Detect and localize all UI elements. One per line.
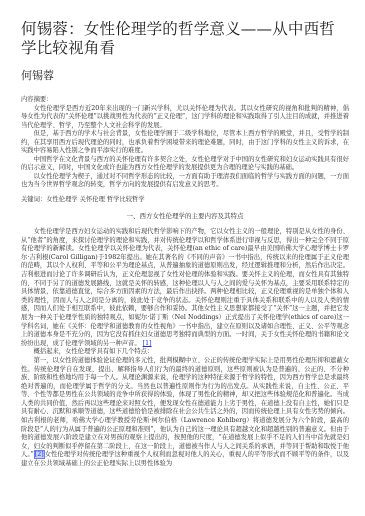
body-paragraph: 概括起来，女性伦理学具有如下几个特点： xyxy=(21,348,349,357)
abstract-paragraph: 中国哲学在文化背景与西方的关怀伦理有许多契合之处，女性伦理学对于中国的女性研究和… xyxy=(21,156,349,173)
abstract-section: 内容摘要： 女性伦理学是西方近20年来出现的一门新兴学科，尤以关怀伦理为代表。其… xyxy=(21,96,349,190)
section-heading: 一、西方女性伦理学的主要内容及其特点 xyxy=(21,212,349,221)
abstract-label: 内容摘要： xyxy=(21,96,349,105)
keywords-line: 关键词：女性伦理学 关怀伦理 哲学比较哲学 xyxy=(21,196,349,205)
page-title: 何锡蓉：女性伦理学的哲学意义——从中西哲学比较视角看 xyxy=(21,20,349,58)
body-text: 女性伦理学对传统伦理学这种重视个人权利而忽视对他人的关心，重视人的平等形式而不顾… xyxy=(21,451,349,467)
body-text: 女性伦理学是西方妇女运动的实践和后现代哲学影响下的产物，它以女性主义的一般理论，… xyxy=(21,228,349,347)
body-text: 第一，以女性的道德体验论证伦理的多元性，批判模糊中立、公正的传统伦理学实际上是用… xyxy=(21,357,349,459)
body-paragraph: 第一，以女性的道德体验论证伦理的多元性，批判模糊中立、公正的传统伦理学实际上是用… xyxy=(21,357,349,469)
author-name: 何锡蓉 xyxy=(21,69,349,82)
body-paragraph: 女性伦理学是西方妇女运动的实践和后现代哲学影响下的产物，它以女性主义的一般理论，… xyxy=(21,228,349,348)
abstract-paragraph: 以女性伦理学为楔子，通过对不同哲学形态的比较，一方面有助于理清我们面临的哲学与实… xyxy=(21,173,349,190)
abstract-paragraph: 但是，基于西方的学术与社会背景，女性伦理学囿于二级学科地位，尽管本上西方哲学的殿… xyxy=(21,130,349,156)
abstract-paragraph: 女性伦理学是西方近20年来出现的一门新兴学科，尤以关怀伦理为代表。其以女性研究的… xyxy=(21,105,349,131)
footnote-link-1[interactable]: [1] xyxy=(143,340,152,347)
footnote-link-2[interactable]: [2] xyxy=(34,450,45,459)
document-page: 何锡蓉：女性伦理学的哲学意义——从中西哲学比较视角看 何锡蓉 内容摘要： 女性伦… xyxy=(0,0,365,516)
article-body: 女性伦理学是西方妇女运动的实践和后现代哲学影响下的产物，它以女性主义的一般理论，… xyxy=(21,228,349,469)
